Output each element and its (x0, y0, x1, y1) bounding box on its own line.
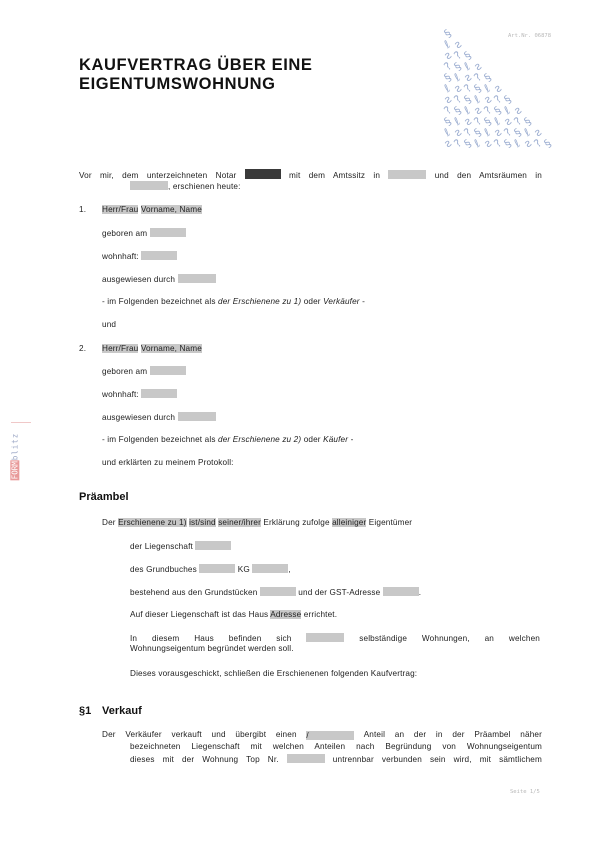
party-2-identified: ausgewiesen durch (102, 412, 216, 423)
preamble-conclusion: Dieses vorausgeschickt, schließen die Er… (130, 669, 417, 679)
plots-line: bestehend aus den Grundstücken und der G… (130, 587, 421, 598)
party-2-name-field[interactable]: Vorname, Name (141, 344, 202, 353)
document-title: KAUFVERTRAG ÜBER EINE EIGENTUMSWOHNUNG (79, 56, 313, 94)
logo-divider (11, 422, 31, 423)
share-fraction-field[interactable]: / (306, 731, 354, 740)
connector-and: und (102, 320, 116, 330)
preamble-text-c: Eigentümer (366, 518, 412, 527)
party-1-designation: - im Folgenden bezeichnet als der Erschi… (102, 297, 365, 307)
born-label: geboren am (102, 367, 147, 376)
intro-line-1: Vor mir, dem unterzeichneten Notar mit d… (79, 169, 542, 181)
plots-label: bestehend aus den Grundstücken (130, 588, 257, 597)
units-line-1: In diesem Haus befinden sich selbständig… (130, 633, 540, 644)
party-1-id-field[interactable] (178, 274, 216, 283)
formblitz-logo: FORMblitz (17, 422, 31, 492)
top-number-text: untrennbar verbunden sein wird, mit sämt… (333, 755, 542, 764)
section-1-heading: Verkauf (102, 705, 142, 717)
sale-text-b: Anteil an der in der Präambel näher (364, 730, 542, 739)
official-seat-field[interactable] (388, 170, 426, 179)
property-label: der Liegenschaft (130, 542, 193, 551)
gst-label: und der GST-Adresse (298, 588, 380, 597)
formblitz-watermark-pattern-icon: §ℓƨƨ?§?§ℓƨ§ℓƨ?§ℓƨ?§ℓƨƨ?§ℓƨ?§?§ℓƨ?§ℓƨ§ℓƨ?… (443, 25, 563, 150)
designation-party: der Erschienene zu 2) (218, 435, 301, 444)
resident-label: wohnhaft: (102, 252, 139, 261)
top-number-field[interactable] (287, 754, 325, 763)
plots-field[interactable] (260, 587, 296, 596)
units-line-2: Wohnungseigentum begründet werden soll. (130, 644, 294, 654)
party-2-salutation-field[interactable]: Herr/Frau (102, 344, 138, 353)
party-2-birthdate-field[interactable] (150, 366, 186, 375)
section-1-line-2: bezeichneten Liegenschaft mit welchen An… (130, 742, 542, 752)
identified-label: ausgewiesen durch (102, 275, 175, 284)
party-2-designation: - im Folgenden bezeichnet als der Erschi… (102, 435, 353, 445)
verb-choice-field[interactable]: ist/sind (189, 518, 216, 527)
intro-line-2: , erschienen heute: (130, 181, 241, 192)
period: . (419, 588, 421, 597)
party-1-address-field[interactable] (141, 251, 177, 260)
identified-label: ausgewiesen durch (102, 413, 175, 422)
sale-text-a: Der Verkäufer verkauft und übergibt eine… (102, 730, 297, 739)
logo-blitz: blitz (10, 433, 19, 461)
kg-label: KG (238, 565, 250, 574)
intro-text-2: mit dem Amtssitz in (289, 171, 380, 180)
designation-or: oder (301, 435, 323, 444)
house-address-field[interactable]: Adresse (270, 610, 301, 619)
designation-suffix: - (348, 435, 353, 444)
preamble-text-b: Erklärung zufolge (261, 518, 332, 527)
title-line-2: EIGENTUMSWOHNUNG (79, 75, 313, 94)
party-2-number: 2. (79, 344, 86, 354)
landregister-line: des Grundbuches KG , (130, 564, 291, 575)
designation-role: Verkäufer (323, 297, 360, 306)
gst-address-field[interactable] (383, 587, 419, 596)
house-text-b: errichtet. (301, 610, 337, 619)
office-location-field[interactable] (130, 181, 168, 190)
preamble-text-a: Der (102, 518, 118, 527)
landregister-field[interactable] (199, 564, 235, 573)
party-1-identified: ausgewiesen durch (102, 274, 216, 285)
share-slash: / (306, 731, 308, 740)
units-text-b: selbständige Wohnungen, an welchen (359, 634, 540, 643)
party-1-born: geboren am (102, 228, 186, 239)
house-line: Auf dieser Liegenschaft ist das Haus Adr… (130, 610, 337, 620)
pronoun-choice-field[interactable]: seiner/ihrer (218, 518, 261, 527)
page-indicator: Seite 1/5 (510, 789, 540, 795)
units-text-a: In diesem Haus befinden sich (130, 634, 291, 643)
designation-party: der Erschienene zu 1) (218, 297, 301, 306)
born-label: geboren am (102, 229, 147, 238)
property-field[interactable] (195, 541, 231, 550)
designation-suffix: - (360, 297, 365, 306)
party-choice-field[interactable]: Erschienene zu 1) (118, 518, 187, 527)
party-1-name[interactable]: Herr/Frau Vorname, Name (102, 205, 202, 215)
party-1-number: 1. (79, 205, 86, 215)
intro-text-3: und den Amtsräumen in (435, 171, 542, 180)
comma: , (288, 565, 290, 574)
party-2-born: geboren am (102, 366, 186, 377)
notary-name-redacted[interactable] (245, 169, 281, 179)
section-1-line-1: Der Verkäufer verkauft und übergibt eine… (102, 730, 542, 740)
unit-count-field[interactable] (306, 633, 344, 642)
party-2-id-field[interactable] (178, 412, 216, 421)
party-2-name[interactable]: Herr/Frau Vorname, Name (102, 344, 202, 354)
declared-protocol: und erklärten zu meinem Protokoll: (102, 458, 234, 468)
property-line: der Liegenschaft (130, 541, 231, 552)
section-1-line-3: dieses mit der Wohnung Top Nr. untrennba… (130, 754, 542, 765)
preamble-heading: Präambel (79, 491, 129, 503)
intro-text-1: Vor mir, dem unterzeichneten Notar (79, 171, 236, 180)
logo-form: FORM (10, 460, 19, 480)
logo-text: FORMblitz (10, 433, 19, 481)
section-1-number: §1 (79, 705, 91, 717)
party-1-birthdate-field[interactable] (150, 228, 186, 237)
designation-role: Käufer (323, 435, 348, 444)
party-1-resident: wohnhaft: (102, 251, 177, 262)
ownership-type-field[interactable]: alleiniger (332, 518, 366, 527)
designation-prefix: - im Folgenden bezeichnet als (102, 435, 218, 444)
party-2-resident: wohnhaft: (102, 389, 177, 400)
top-number-label: dieses mit der Wohnung Top Nr. (130, 755, 279, 764)
preamble-owner-line: Der Erschienene zu 1) ist/sind seiner/ih… (102, 518, 412, 528)
kg-field[interactable] (252, 564, 288, 573)
landregister-label: des Grundbuches (130, 565, 197, 574)
document-page: KAUFVERTRAG ÜBER EINE EIGENTUMSWOHNUNG A… (0, 0, 600, 849)
designation-prefix: - im Folgenden bezeichnet als (102, 297, 218, 306)
resident-label: wohnhaft: (102, 390, 139, 399)
party-1-salutation-field[interactable]: Herr/Frau (102, 205, 138, 214)
house-text-a: Auf dieser Liegenschaft ist das Haus (130, 610, 270, 619)
intro-text-4: , erschienen heute: (168, 182, 241, 191)
party-1-name-field[interactable]: Vorname, Name (141, 205, 202, 214)
designation-or: oder (301, 297, 323, 306)
party-2-address-field[interactable] (141, 389, 177, 398)
title-line-1: KAUFVERTRAG ÜBER EINE (79, 56, 313, 75)
